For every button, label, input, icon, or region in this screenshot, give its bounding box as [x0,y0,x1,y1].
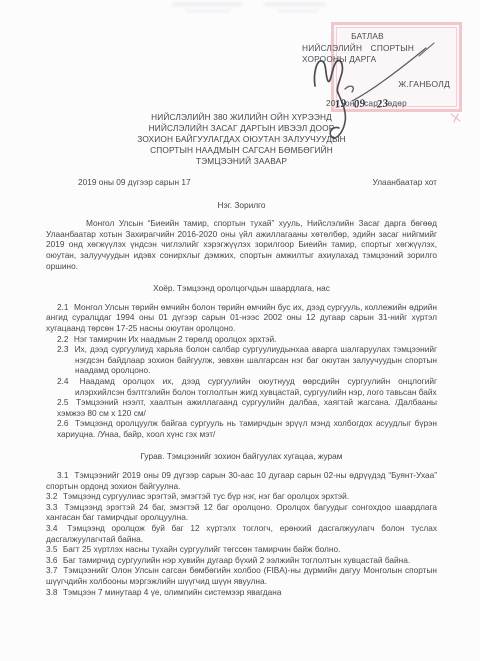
bleed-through-artifact [168,2,348,16]
clause-3.5: 3.5 Багт 25 хүртлэх насны тухайн сургуул… [46,544,437,555]
clause-number: 3.3 [46,502,58,512]
clause-2.1: 2.1 Монгол Улсын төрийн өмчийн болон төр… [46,302,437,334]
title-line: ТЭМЦЭЭНИЙ ЗААВАР [46,156,437,167]
clause-2.5: 2.5 Тэмцээний нээлт, хаалтын ажиллагаанд… [57,397,437,418]
clause-number: 2.5 [57,397,69,407]
paragraph: Монгол Улсын “Биеийн тамир, спортын туха… [46,218,437,271]
approver-name: Ж.ГАНБОЛД [302,79,450,91]
date-location-row: 2019 оны 09 дүгээр сарын 17 Улаанбаатар … [46,177,437,188]
stamp-date-line: 2019он09сар23өдөр [326,98,433,110]
title-block: НИЙСЛЭЛИЙН 380 ЖИЛИЙН ОЙН ХҮРЭЭНДНИЙСЛЭЛ… [46,112,437,167]
clause-3.3: 3.3 Тэмцээнд эрэгтэй 24 баг, эмэгтэй 12 … [46,502,437,523]
clause-3.4: 3.4 Тэмцээнд оролцож буй баг 12 хүртэлх … [46,523,437,544]
section-heading: Хоёр. Тэмцээнд оролцогчдын шаардлага, на… [46,283,437,294]
clause-number: 2.4 [57,376,69,386]
clause-3.2: 3.2 Тэмцээнд сургуулиас эрэгтэй, эмэгтэй… [46,491,437,502]
clause-3.8: 3.8 Тэмцээн 7 минутаар 4 үе, олимпийн си… [46,587,437,598]
clause-number: 3.2 [46,491,58,501]
handwritten-month: 09 [353,99,366,112]
approver-org-line2: ХОРООНЫ ДАРГА [302,54,433,66]
document-section: Хоёр. Тэмцээнд оролцогчдын шаардлага, на… [46,283,437,439]
section-heading: Нэг. Зорилго [46,200,437,211]
section-heading: Гурав. Тэмцээнийг зохион байгуулах хугац… [46,451,437,462]
document-body: НИЙСЛЭЛИЙН 380 ЖИЛИЙН ОЙН ХҮРЭЭНДНИЙСЛЭЛ… [46,112,437,597]
clause-number: 2.6 [57,418,69,428]
title-line: НИЙСЛЭЛИЙН 380 ЖИЛИЙН ОЙН ХҮРЭЭНД [46,112,437,123]
handwritten-year: 19 [334,99,347,112]
clause-number: 3.6 [46,555,58,565]
stamp-corner-mark-icon [449,112,463,124]
clause-number: 3.8 [46,587,58,597]
clause-3.6: 3.6 Баг тамирчид сургуулийн нэр хувийн д… [46,555,437,566]
title-line: ЗОХИОН БАЙГУУЛАГДАХ ОЮУТАН ЗАЛУУЧУУДЫН [46,134,437,145]
title-line: НИЙСЛЭЛИЙН ЗАСАГ ДАРГЫН ИВЭЭЛ ДООР [46,123,437,134]
clause-number: 3.7 [46,565,58,575]
clause-number: 2.1 [57,302,69,312]
clause-number: 2.3 [57,344,69,354]
clause-2.2: 2.2 Нэг тамирчин Их наадмын 2 төрөлд оро… [57,334,437,345]
clause-number: 3.5 [46,544,58,554]
sections: Нэг. ЗорилгоМонгол Улсын “Биеийн тамир, … [46,200,437,598]
clause-2.4: 2.4 Наадамд оролцох их, дээд сургуулийн … [57,376,437,397]
date-word-oder: өдөр [387,98,406,108]
document-date: 2019 оны 09 дүгээр сарын 17 [46,177,191,188]
approval-block: БАТЛАВ НИЙСЛЭЛИЙН СПОРТЫН ХОРООНЫ ДАРГА … [302,31,433,110]
document-section: Нэг. ЗорилгоМонгол Улсын “Биеийн тамир, … [46,200,437,272]
scanned-document-page: БАТЛАВ НИЙСЛЭЛИЙН СПОРТЫН ХОРООНЫ ДАРГА … [0,0,480,661]
approver-org-line1: НИЙСЛЭЛИЙН СПОРТЫН [302,43,433,55]
approve-label: БАТЛАВ [302,31,433,43]
handwritten-day: 23 [376,99,389,112]
clause-3.1: 3.1 Тэмцээнийг 2019 оны 09 дүгээр сарын … [46,470,437,491]
clause-2.3: 2.3 Их, дээд сургуулиуд харьяа болон сал… [57,344,437,376]
document-section: Гурав. Тэмцээнийг зохион байгуулах хугац… [46,451,437,597]
clause-number: 3.1 [57,470,69,480]
clause-number: 2.2 [57,334,69,344]
clause-2.6: 2.6 Тэмцээнд оролцуулж байгаа сургууль н… [57,418,437,439]
clause-number: 3.4 [46,523,58,533]
title-line: СПОРТЫН НААДМЫН САГСАН БӨМБӨГИЙН [46,145,437,156]
document-city: Улаанбаатар хот [372,177,437,188]
clause-3.7: 3.7 Тэмцээнийг Олон Улсын сагсан бөмбөги… [46,565,437,586]
